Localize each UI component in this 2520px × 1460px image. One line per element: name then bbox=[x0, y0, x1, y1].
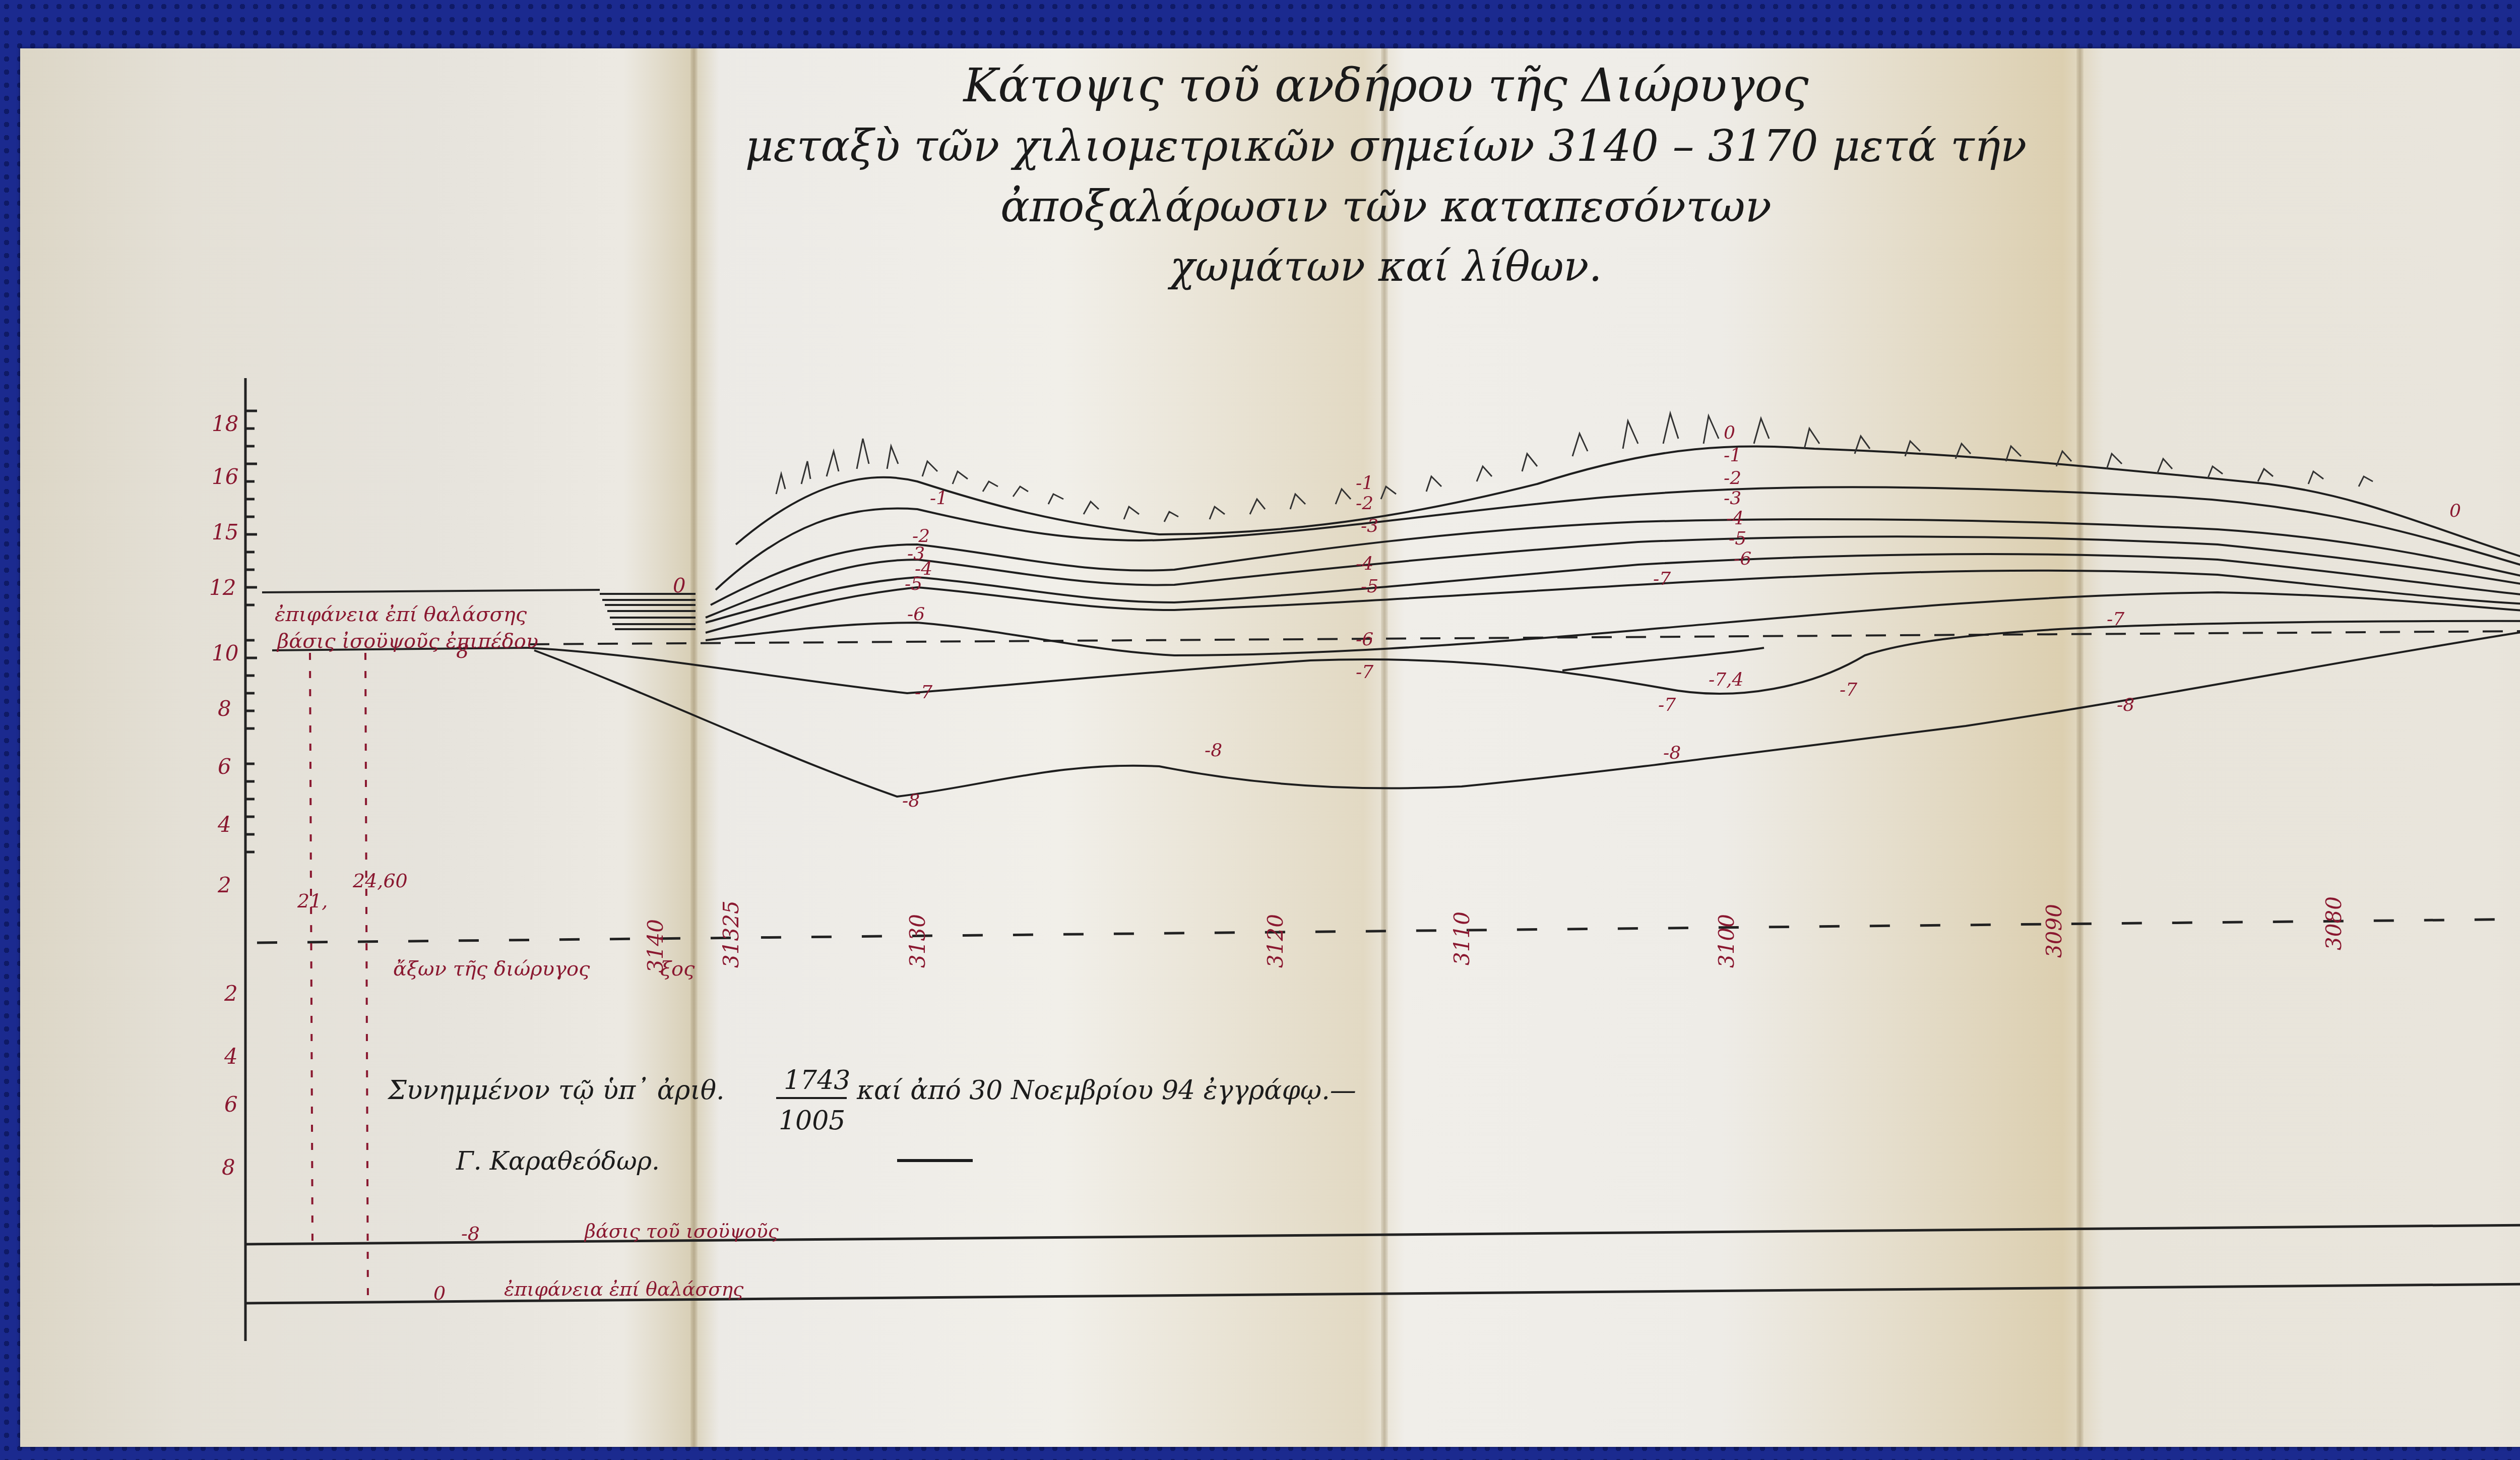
annotations: ἐπιφάνεια ἐπί θαλάσσης βάσις ἰσοϋψοῦς ἐπ… bbox=[275, 559, 2520, 1304]
y-axis bbox=[245, 378, 257, 1341]
curve-7-branch bbox=[1562, 648, 1764, 671]
contour-label-neg3-c: -3 bbox=[1724, 488, 1741, 509]
contour-label-neg5: -5 bbox=[905, 574, 922, 594]
rock-debris-hatching bbox=[776, 413, 2373, 522]
y-tick-6: 6 bbox=[218, 754, 231, 779]
marker-8: 8 bbox=[456, 640, 469, 663]
contour-label-neg1: -1 bbox=[930, 488, 948, 509]
contour-label-neg8: -8 bbox=[902, 790, 920, 811]
axis-note: ἄξων τῆς διώρυγος bbox=[393, 957, 590, 981]
signature-statement: Συνημμένον τῷ ὑπ᾿ ἀριθ. bbox=[387, 1075, 725, 1106]
station-3100: 3100 bbox=[1714, 914, 1739, 968]
reference-number-top: 1743 bbox=[784, 1065, 850, 1096]
station-31325: 31325 bbox=[719, 900, 743, 968]
contour-label-neg7: -7 bbox=[915, 682, 932, 703]
contour-label-neg2-c: -2 bbox=[1724, 468, 1741, 489]
upper-level-label: ἐπιφάνεια ἐπί θαλάσσης bbox=[275, 603, 527, 626]
contour-label-neg7-d: -7 bbox=[1658, 695, 1676, 715]
bottom-line-1-value: -8 bbox=[461, 1223, 480, 1245]
curve-8 bbox=[534, 628, 2520, 797]
station-3110: 3110 bbox=[1450, 911, 1474, 965]
contour-label-neg8-d: -8 bbox=[2117, 695, 2134, 715]
station-labels: 3140 31325 3130 3120 3110 3100 3090 3080… bbox=[643, 896, 2520, 973]
dimension-21: 21, bbox=[297, 890, 328, 912]
contour-label-neg2-b: -2 bbox=[1356, 493, 1373, 514]
contour-label-neg4-c: -4 bbox=[1726, 508, 1744, 529]
contour-label-neg7-c: -7 bbox=[1653, 569, 1671, 589]
cross-section-diagram: 18 16 15 12 10 8 6 4 2 2 4 6 8 bbox=[0, 0, 2520, 1460]
profile-curves bbox=[529, 446, 2520, 797]
station-3120: 3120 bbox=[1263, 914, 1288, 968]
curve-4 bbox=[706, 554, 2520, 623]
contour-label-neg5-b: -5 bbox=[1361, 576, 1378, 597]
y-tick-8: 8 bbox=[218, 696, 231, 721]
dimension-24-60: 24,60 bbox=[352, 870, 408, 892]
contour-label-neg7-4: -7,4 bbox=[1709, 670, 1743, 690]
bottom-line-2-value: 0 bbox=[433, 1282, 446, 1304]
y-tick-neg-4: 4 bbox=[224, 1044, 238, 1069]
y-tick-neg-6: 6 bbox=[224, 1092, 238, 1117]
y-tick-18: 18 bbox=[212, 411, 238, 436]
bottom-line-2-label: ἐπιφάνεια ἐπί θαλάσσης bbox=[504, 1278, 744, 1300]
bottom-line-1-label: βάσις τοῦ ισοϋψοῦς bbox=[584, 1220, 779, 1242]
station-3140: 3140 bbox=[643, 919, 668, 973]
contour-label-neg3-b: -3 bbox=[1361, 516, 1378, 536]
reference-number-bottom: 1005 bbox=[779, 1106, 845, 1136]
contour-label-0-c: 0 bbox=[1724, 422, 1735, 443]
y-tick-10: 10 bbox=[212, 641, 238, 665]
contour-label-neg4-b: -4 bbox=[1356, 554, 1373, 574]
contour-label-neg1-b: -1 bbox=[1356, 473, 1373, 494]
station-3090: 3090 bbox=[2042, 904, 2066, 958]
dimension-lines bbox=[310, 653, 368, 1303]
water-level-label: βάσις ἰσοϋψοῦς ἐπιπέδου bbox=[276, 630, 538, 653]
station-3130: 3130 bbox=[905, 914, 930, 968]
contour-label-neg5-c: -5 bbox=[1729, 528, 1746, 549]
y-tick-16: 16 bbox=[212, 464, 238, 489]
y-tick-15: 15 bbox=[212, 520, 238, 544]
signature-block: Συνημμένον τῷ ὑπ᾿ ἀριθ. 1743 1005 καί ἀπ… bbox=[387, 1065, 1356, 1176]
canal-axis-line bbox=[257, 918, 2520, 943]
y-tick-12: 12 bbox=[209, 575, 236, 600]
contour-label-0-e: 0 bbox=[2449, 501, 2461, 521]
contour-label-neg7-f: -7 bbox=[2107, 609, 2124, 630]
y-tick-4: 4 bbox=[217, 812, 231, 837]
contour-label-neg6: -6 bbox=[907, 604, 925, 625]
marker-0: 0 bbox=[673, 574, 685, 597]
station-3080: 3080 bbox=[2321, 896, 2346, 950]
signer-name: Γ. Καραθεόδωρ. bbox=[456, 1146, 660, 1176]
contour-label-neg8-c: -8 bbox=[1663, 743, 1681, 763]
contour-label-neg6-c: -6 bbox=[1734, 549, 1751, 569]
y-tick-neg-2: 2 bbox=[224, 981, 238, 1006]
contour-label-neg1-c: -1 bbox=[1724, 445, 1741, 466]
y-axis-labels: 18 16 15 12 10 8 6 4 2 2 4 6 8 bbox=[209, 411, 238, 1180]
signature-statement-tail: καί ἀπό 30 Νοεμβρίου 94 ἐγγράφῳ.— bbox=[856, 1075, 1356, 1106]
y-tick-2: 2 bbox=[217, 873, 231, 897]
y-tick-neg-8: 8 bbox=[222, 1155, 235, 1180]
reference-lines bbox=[262, 566, 2520, 650]
contour-label-neg7-b: -7 bbox=[1356, 662, 1373, 683]
contour-label-neg6-b: -6 bbox=[1356, 629, 1373, 650]
contour-label-neg8-mid: -8 bbox=[1205, 740, 1222, 761]
contour-label-neg7-e: -7 bbox=[1840, 680, 1857, 700]
